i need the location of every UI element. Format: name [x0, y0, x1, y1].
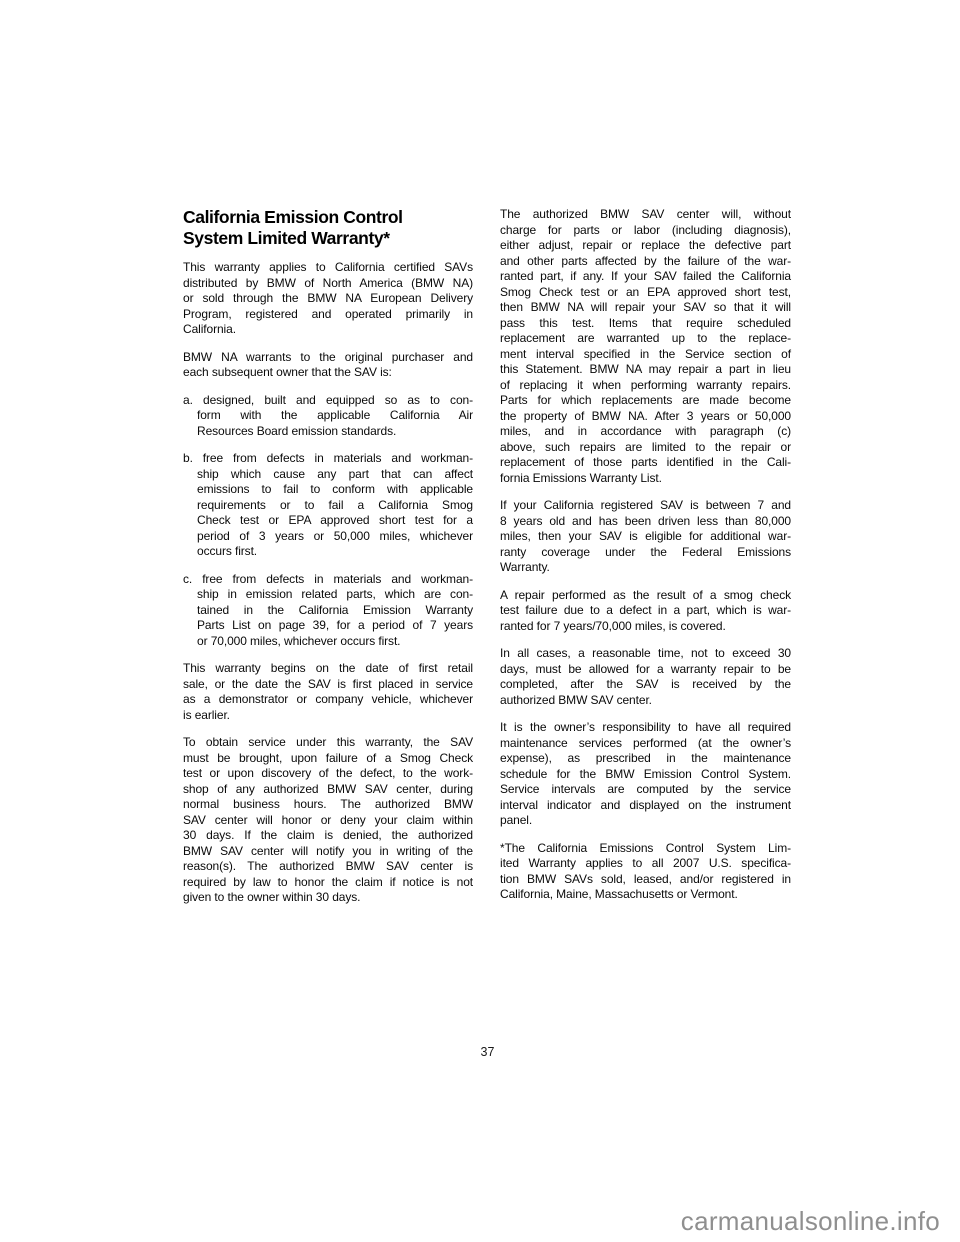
- paragraph: The authorized BMW SAV center will, with…: [500, 207, 791, 486]
- paragraph: A repair performed as the result of a sm…: [500, 588, 791, 635]
- text-line: either adjust, repair or replace the def…: [500, 238, 791, 254]
- text-line: normal business hours. The authorized BM…: [183, 797, 473, 813]
- text-line: test or upon discovery of the defect, to…: [183, 766, 473, 782]
- text-line: It is the owner’s responsibility to have…: [500, 720, 791, 736]
- text-line: miles, and in accordance with paragraph …: [500, 424, 791, 440]
- text-line: BMW NA warrants to the original purchase…: [183, 350, 473, 366]
- text-line: To obtain service under this warranty, t…: [183, 735, 473, 751]
- text-line: Service intervals are computed by the se…: [500, 782, 791, 798]
- text-line: Parts List on page 39, for a period of 7…: [183, 618, 473, 634]
- text-line: schedule for the BMW Emission Control Sy…: [500, 767, 791, 783]
- text-line: maintenance services performed (at the o…: [500, 736, 791, 752]
- text-line: sale, or the date the SAV is first place…: [183, 677, 473, 693]
- page-number: 37: [183, 1045, 792, 1059]
- text-line: then BMW NA will repair your SAV so that…: [500, 300, 791, 316]
- text-line: Resources Board emission standards.: [183, 424, 473, 440]
- text-line: tion BMW SAVs sold, leased, and/or regis…: [500, 872, 791, 888]
- text-line: The authorized BMW SAV center will, with…: [500, 207, 791, 223]
- text-line: Program, registered and operated primari…: [183, 307, 473, 323]
- paragraph: In all cases, a reasonable time, not to …: [500, 646, 791, 708]
- text-line: completed, after the SAV is received by …: [500, 677, 791, 693]
- text-line: reason(s). The authorized BMW SAV center…: [183, 859, 473, 875]
- text-line: must be brought, upon failure of a Smog …: [183, 751, 473, 767]
- left-column: California Emission Control System Limit…: [183, 207, 473, 918]
- text-line: period of 3 years or 50,000 miles, which…: [183, 529, 473, 545]
- text-line: 30 days. If the claim is denied, the aut…: [183, 828, 473, 844]
- text-line: Check test or EPA approved short test fo…: [183, 513, 473, 529]
- paragraph: BMW NA warrants to the original purchase…: [183, 350, 473, 381]
- text-line: requirements or to fail a California Smo…: [183, 498, 473, 514]
- text-line: each subsequent owner that the SAV is:: [183, 365, 473, 381]
- text-line: occurs first.: [183, 544, 473, 560]
- text-line: 8 years old and has been driven less tha…: [500, 514, 791, 530]
- text-line: fornia Emissions Warranty List.: [500, 471, 791, 487]
- paragraph: *The California Emissions Control System…: [500, 841, 791, 903]
- text-line: SAV center will honor or deny your claim…: [183, 813, 473, 829]
- page-title-line-2: System Limited Warranty*: [183, 228, 473, 249]
- text-line: emissions to fail to conform with applic…: [183, 482, 473, 498]
- page-title: California Emission Control System Limit…: [183, 207, 473, 248]
- text-line: This warranty applies to California cert…: [183, 260, 473, 276]
- text-line: and other parts affected by the failure …: [500, 254, 791, 270]
- paragraph: If your California registered SAV is bet…: [500, 498, 791, 576]
- text-line: distributed by BMW of North America (BMW…: [183, 276, 473, 292]
- text-line: Parts for which replacements are made be…: [500, 393, 791, 409]
- list-item-paragraph: a. designed, built and equipped so as to…: [183, 393, 473, 440]
- left-column-body: This warranty applies to California cert…: [183, 260, 473, 906]
- paragraph: It is the owner’s responsibility to have…: [500, 720, 791, 829]
- text-line: shop of any authorized BMW SAV center, d…: [183, 782, 473, 798]
- manual-page: California Emission Control System Limit…: [0, 0, 960, 1242]
- text-line: If your California registered SAV is bet…: [500, 498, 791, 514]
- text-line: This warranty begins on the date of firs…: [183, 661, 473, 677]
- list-item-paragraph: c. free from defects in materials and wo…: [183, 572, 473, 650]
- text-line: ship which cause any part that can affec…: [183, 467, 473, 483]
- text-line: above, such repairs are limited to the r…: [500, 440, 791, 456]
- text-line: days, must be allowed for a warranty rep…: [500, 662, 791, 678]
- text-line: b. free from defects in materials and wo…: [183, 451, 473, 467]
- text-line: form with the applicable California Air: [183, 408, 473, 424]
- text-line: miles, then your SAV is eligible for add…: [500, 529, 791, 545]
- right-column: The authorized BMW SAV center will, with…: [500, 207, 791, 915]
- text-line: tained in the California Emission Warran…: [183, 603, 473, 619]
- text-line: California, Maine, Massachusetts or Verm…: [500, 887, 791, 903]
- page-title-line-1: California Emission Control: [183, 207, 473, 228]
- list-item-paragraph: b. free from defects in materials and wo…: [183, 451, 473, 560]
- text-line: ited Warranty applies to all 2007 U.S. s…: [500, 856, 791, 872]
- text-line: required by law to honor the claim if no…: [183, 875, 473, 891]
- text-line: authorized BMW SAV center.: [500, 693, 791, 709]
- text-line: the property of BMW NA. After 3 years or…: [500, 409, 791, 425]
- text-line: is earlier.: [183, 708, 473, 724]
- text-line: as a demonstrator or company vehicle, wh…: [183, 692, 473, 708]
- text-line: *The California Emissions Control System…: [500, 841, 791, 857]
- text-line: ship in emission related parts, which ar…: [183, 587, 473, 603]
- text-line: ranty coverage under the Federal Emissio…: [500, 545, 791, 561]
- text-line: ment interval specified in the Service s…: [500, 347, 791, 363]
- text-line: a. designed, built and equipped so as to…: [183, 393, 473, 409]
- text-line: of replacing it when performing warranty…: [500, 378, 791, 394]
- text-line: A repair performed as the result of a sm…: [500, 588, 791, 604]
- paragraph: This warranty begins on the date of firs…: [183, 661, 473, 723]
- text-line: or 70,000 miles, whichever occurs first.: [183, 634, 473, 650]
- text-line: expense), as prescribed in the maintenan…: [500, 751, 791, 767]
- right-column-body: The authorized BMW SAV center will, with…: [500, 207, 791, 903]
- text-line: ranted for 7 years/70,000 miles, is cove…: [500, 619, 791, 635]
- paragraph: This warranty applies to California cert…: [183, 260, 473, 338]
- text-line: Smog Check test or an EPA approved short…: [500, 285, 791, 301]
- text-line: Warranty.: [500, 560, 791, 576]
- text-line: interval indicator and displayed on the …: [500, 798, 791, 814]
- text-line: or sold through the BMW NA European Deli…: [183, 291, 473, 307]
- text-line: replacement of those parts identified in…: [500, 455, 791, 471]
- text-line: given to the owner within 30 days.: [183, 890, 473, 906]
- watermark: carmanualsonline.info: [681, 1206, 940, 1237]
- text-line: In all cases, a reasonable time, not to …: [500, 646, 791, 662]
- text-line: BMW SAV center will notify you in writin…: [183, 844, 473, 860]
- text-line: pass this test. Items that require sched…: [500, 316, 791, 332]
- text-line: c. free from defects in materials and wo…: [183, 572, 473, 588]
- text-line: replacement are warranted up to the repl…: [500, 331, 791, 347]
- text-line: ranted part, if any. If your SAV failed …: [500, 269, 791, 285]
- text-line: this Statement. BMW NA may repair a part…: [500, 362, 791, 378]
- text-line: panel.: [500, 813, 791, 829]
- text-line: California.: [183, 322, 473, 338]
- paragraph: To obtain service under this warranty, t…: [183, 735, 473, 906]
- text-line: test failure due to a defect in a part, …: [500, 603, 791, 619]
- text-line: charge for parts or labor (including dia…: [500, 223, 791, 239]
